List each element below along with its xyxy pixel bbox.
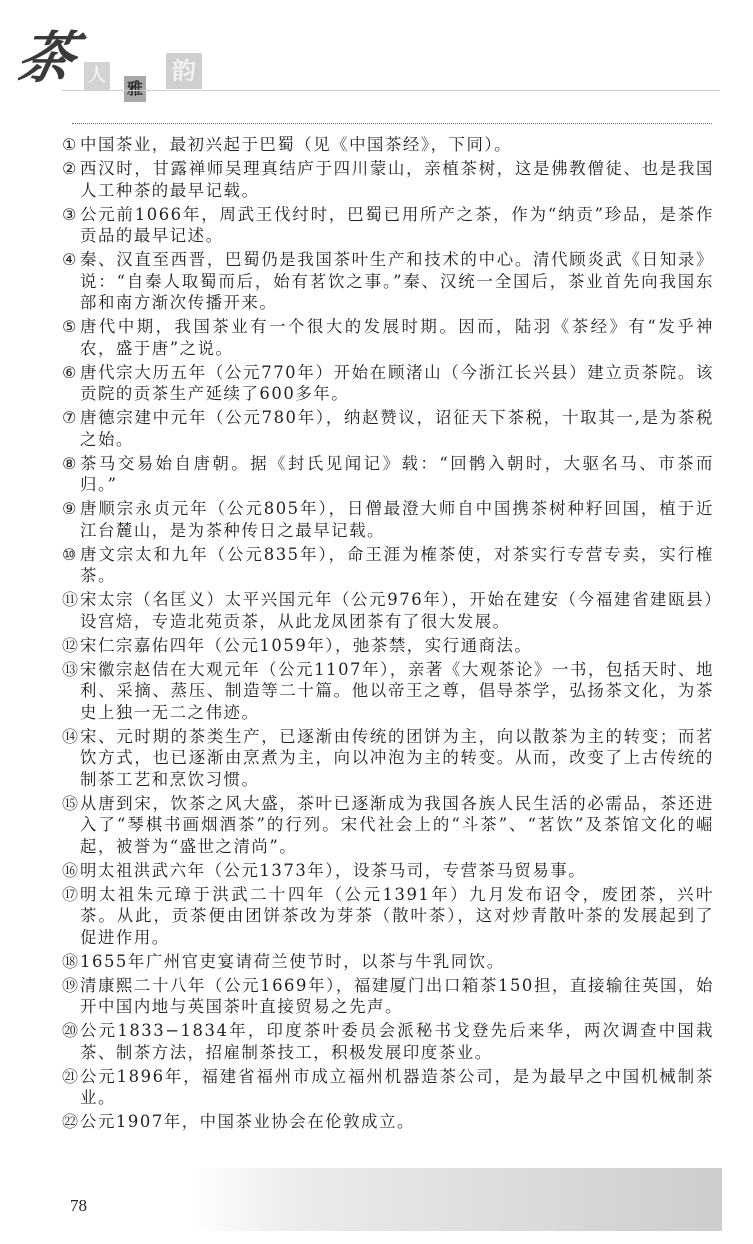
timeline-entry-22: ㉒公元1907年，中国茶业协会在伦敦成立。 [62,1111,714,1133]
entry-number: ⑦ [62,407,80,429]
running-header: 茶 人 雅 韵 [0,0,753,120]
entry-text: 宋太宗（名匡义）太平兴国元年（公元976年），开始在建安（今福建省建瓯县）设宫焙… [80,590,714,631]
timeline-entry-3: ③公元前1066年，周武王伐纣时，巴蜀已用所产之茶，作为“纳贡”珍品，是茶作贡品… [62,204,714,247]
entry-number: ㉒ [62,1111,80,1133]
timeline-entry-6: ⑥唐代宗大历五年（公元770年）开始在顾渚山（今浙江长兴县）建立贡茶院。该贡院的… [62,362,714,405]
entry-text: 公元1907年，中国茶业协会在伦敦成立。 [80,1112,415,1131]
entry-number: ⑤ [62,316,80,338]
timeline-entry-12: ⑫宋仁宗嘉佑四年（公元1059年），弛茶禁，实行通商法。 [62,635,714,657]
entry-number: ② [62,158,80,180]
entry-number: ⑯ [62,860,80,882]
timeline-list: ①中国茶业，最初兴起于巴蜀（见《中国茶经》，下同）。 ②西汉时，甘露禅师吴理真结… [62,134,714,1135]
timeline-entry-1: ①中国茶业，最初兴起于巴蜀（见《中国茶经》，下同）。 [62,134,714,156]
entry-number: ⑱ [62,951,80,973]
entry-text: 唐文宗太和九年（公元835年），命王涯为榷茶使，对茶实行专营专卖，实行榷茶。 [80,545,714,586]
entry-text: 中国茶业，最初兴起于巴蜀（见《中国茶经》，下同）。 [80,135,512,154]
entry-text: 从唐到宋，饮茶之风大盛，茶叶已逐渐成为我国各族人民生活的必需品，茶还进入了“琴棋… [80,794,714,856]
entry-text: 1655年广州官吏宴请荷兰使节时，以茶与牛乳同饮。 [80,952,505,971]
timeline-entry-10: ⑩唐文宗太和九年（公元835年），命王涯为榷茶使，对茶实行专营专卖，实行榷茶。 [62,544,714,587]
entry-text: 秦、汉直至西晋，巴蜀仍是我国茶叶生产和技术的中心。清代顾炎武《日知录》说：“自秦… [80,250,714,312]
entry-number: ⑥ [62,362,80,384]
entry-text: 明太祖洪武六年（公元1373年），设茶马司，专营茶马贸易事。 [80,861,586,880]
entry-number: ⑧ [62,453,80,475]
entry-number: ⑩ [62,544,80,566]
footer-gradient-band [190,1168,722,1231]
entry-text: 唐德宗建中元年（公元780年），纳赵赞议，诏征天下茶税，十取其一,是为茶税之始。 [80,408,714,449]
entry-number: ㉑ [62,1066,80,1088]
entry-number: ④ [62,249,80,271]
timeline-entry-15: ⑮从唐到宋，饮茶之风大盛，茶叶已逐渐成为我国各族人民生活的必需品，茶还进入了“琴… [62,793,714,858]
header-logo-tea-char: 茶 [12,30,78,86]
entry-number: ⑰ [62,884,80,906]
timeline-entry-19: ⑲清康熙二十八年（公元1669年），福建厦门出口箱茶150担，直接输往英国，始开… [62,975,714,1018]
entry-number: ⑨ [62,498,80,520]
entry-number: ⑪ [62,589,80,611]
entry-number: ③ [62,204,80,226]
timeline-entry-21: ㉑公元1896年，福建省福州市成立福州机器造茶公司，是为最早之中国机械制茶业。 [62,1066,714,1109]
entry-text: 公元前1066年，周武王伐纣时，巴蜀已用所产之茶，作为“纳贡”珍品，是茶作贡品的… [80,205,714,246]
timeline-entry-18: ⑱1655年广州官吏宴请荷兰使节时，以茶与牛乳同饮。 [62,951,714,973]
header-logo-tile-yun: 韵 [166,53,202,89]
entry-number: ① [62,134,80,156]
header-logo-tile-ren: 人 [84,62,110,90]
entry-number: ⑭ [62,726,80,748]
entry-number: ⑫ [62,635,80,657]
entry-text: 公元1833−1834年，印度茶叶委员会派秘书戈登先后来华，两次调查中国栽茶、制… [80,1021,714,1062]
timeline-entry-16: ⑯明太祖洪武六年（公元1373年），设茶马司，专营茶马贸易事。 [62,860,714,882]
timeline-entry-5: ⑤唐代中期，我国茶业有一个很大的发展时期。因而，陆羽《茶经》有“发乎神农，盛于唐… [62,316,714,359]
header-rule [62,90,720,91]
entry-number: ⑮ [62,793,80,815]
entry-number: ⑲ [62,975,80,997]
timeline-entry-8: ⑧茶马交易始自唐朝。据《封氏见闻记》载：“回鹘入朝时，大驱名马、市茶而归。” [62,453,714,496]
timeline-entry-11: ⑪宋太宗（名匡义）太平兴国元年（公元976年），开始在建安（今福建省建瓯县）设宫… [62,589,714,632]
timeline-entry-2: ②西汉时，甘露禅师吴理真结庐于四川蒙山，亲植茶树，这是佛教僧徒、也是我国人工种茶… [62,158,714,201]
entry-text: 西汉时，甘露禅师吴理真结庐于四川蒙山，亲植茶树，这是佛教僧徒、也是我国人工种茶的… [80,159,714,200]
entry-text: 公元1896年，福建省福州市成立福州机器造茶公司，是为最早之中国机械制茶业。 [80,1067,714,1108]
entry-text: 唐代中期，我国茶业有一个很大的发展时期。因而，陆羽《茶经》有“发乎神农，盛于唐”… [80,317,714,358]
timeline-entry-7: ⑦唐德宗建中元年（公元780年），纳赵赞议，诏征天下茶税，十取其一,是为茶税之始… [62,407,714,450]
timeline-entry-14: ⑭宋、元时期的茶类生产，已逐渐由传统的团饼为主，向以散茶为主的转变；而茗饮方式，… [62,726,714,791]
timeline-entry-13: ⑬宋徽宗赵佶在大观元年（公元1107年），亲著《大观茶论》一书，包括天时、地利、… [62,659,714,724]
timeline-entry-4: ④秦、汉直至西晋，巴蜀仍是我国茶叶生产和技术的中心。清代顾炎武《日知录》说：“自… [62,249,714,314]
timeline-entry-17: ⑰明太祖朱元璋于洪武二十四年（公元1391年）九月发布诏令，废团茶，兴叶茶。从此… [62,884,714,949]
entry-number: ⑳ [62,1020,80,1042]
timeline-entry-20: ⑳公元1833−1834年，印度茶叶委员会派秘书戈登先后来华，两次调查中国栽茶、… [62,1020,714,1063]
header-logo-tile-ya: 雅 [124,76,146,102]
page-number: 78 [70,1196,87,1216]
entry-text: 宋、元时期的茶类生产，已逐渐由传统的团饼为主，向以散茶为主的转变；而茗饮方式，也… [80,727,714,789]
timeline-entry-9: ⑨唐顺宗永贞元年（公元805年），日僧最澄大师自中国携茶树种籽回国，植于近江台麓… [62,498,714,541]
dotted-divider [72,123,712,124]
entry-number: ⑬ [62,659,80,681]
entry-text: 唐顺宗永贞元年（公元805年），日僧最澄大师自中国携茶树种籽回国，植于近江台麓山… [80,499,714,540]
entry-text: 清康熙二十八年（公元1669年），福建厦门出口箱茶150担，直接输往英国，始开中… [80,976,714,1017]
entry-text: 茶马交易始自唐朝。据《封氏见闻记》载：“回鹘入朝时，大驱名马、市茶而归。” [80,454,714,495]
entry-text: 明太祖朱元璋于洪武二十四年（公元1391年）九月发布诏令，废团茶，兴叶茶。从此，… [80,885,714,947]
entry-text: 宋仁宗嘉佑四年（公元1059年），弛茶禁，实行通商法。 [80,636,532,655]
entry-text: 宋徽宗赵佶在大观元年（公元1107年），亲著《大观茶论》一书，包括天时、地利、采… [80,660,714,722]
entry-text: 唐代宗大历五年（公元770年）开始在顾渚山（今浙江长兴县）建立贡茶院。该贡院的贡… [80,363,714,404]
